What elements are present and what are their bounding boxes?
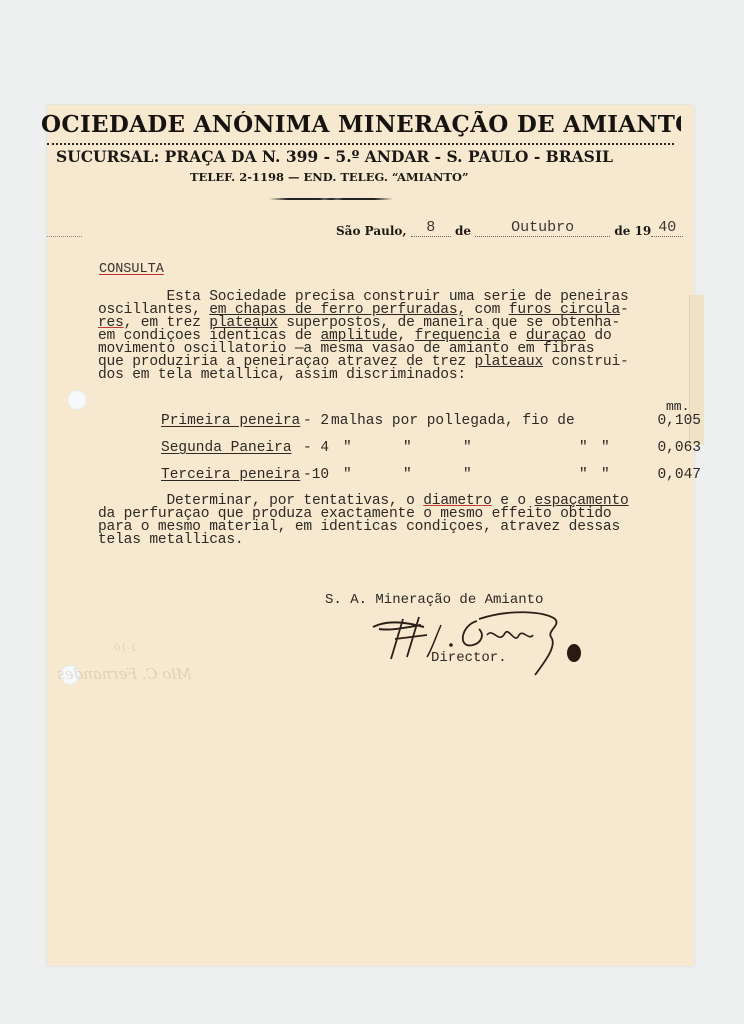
sieve-row: Terceira peneira -10 " " " " " 0,047: [161, 467, 701, 494]
bleed-through-handwriting: 1-10 Mlo C. Fernandes: [57, 665, 192, 683]
letterhead-telephone: TELEF. 2-1198 — END. TELEG. “AMIANTO”: [190, 170, 469, 184]
ditto-mark: ": [579, 440, 588, 456]
sieve-row: Segunda Paneira - 4 " " " " " 0,063: [161, 440, 701, 467]
ditto-mark: ": [343, 467, 352, 483]
date-month: Outubro: [475, 219, 610, 237]
ditto-mark: ": [463, 467, 472, 483]
heading-consulta: CONSULTA: [99, 262, 164, 277]
reference-dotted-line: [47, 236, 82, 237]
sieve-count: -10: [303, 467, 329, 483]
ditto-mark: ": [403, 440, 412, 456]
de-label: de: [455, 224, 471, 238]
sieve-row: Primeira peneira - 2 malhas por pollegad…: [161, 413, 701, 440]
handwritten-signature: [369, 605, 589, 680]
sieve-list: Primeira peneira - 2 malhas por pollegad…: [161, 413, 701, 494]
sieve-value: 0,063: [657, 440, 701, 456]
sieve-count: - 4: [303, 440, 329, 456]
ditto-mark: ": [601, 440, 610, 456]
sieve-value: 0,047: [657, 467, 701, 483]
dateline: São Paulo, 8 de Outubro de 1940: [336, 223, 683, 241]
ditto-mark: ": [463, 440, 472, 456]
unit-label: mm.: [666, 399, 689, 414]
ditto-mark: ": [579, 467, 588, 483]
letterhead-ornament-rule: [269, 198, 393, 200]
sieve-name: Terceira peneira: [161, 467, 300, 483]
date-year: 40: [651, 219, 683, 237]
sieve-name: Segunda Paneira: [161, 440, 292, 456]
year-prefix: de 19: [614, 224, 651, 238]
city-label: São Paulo,: [336, 224, 407, 238]
letterhead-company: OCIEDADE ANÓNIMA MINERAÇÃO DE AMIANTO: [41, 111, 681, 138]
text-line: telas metallicas.: [98, 534, 718, 547]
text-line: dos em tela metallica, assim discriminad…: [98, 369, 708, 382]
signature-title: Director.: [431, 650, 507, 666]
letterhead-branch-address: SUCURSAL: PRAÇA DA N. 399 - 5.º ANDAR - …: [56, 147, 613, 166]
letter-paper: OCIEDADE ANÓNIMA MINERAÇÃO DE AMIANTO SU…: [47, 105, 694, 966]
paragraph-determine: Determinar, por tentativas, o diametro e…: [98, 495, 718, 547]
paragraph-request: Esta Sociedade precisa construir uma ser…: [98, 291, 708, 382]
ditto-mark: ": [343, 440, 352, 456]
punch-hole-top: [67, 390, 87, 410]
ditto-mark: ": [403, 467, 412, 483]
sieve-description: malhas por pollegada, fio de: [331, 413, 575, 429]
date-day: 8: [411, 219, 451, 237]
sieve-count: - 2: [303, 413, 329, 429]
sieve-value: 0,105: [657, 413, 701, 429]
sieve-name: Primeira peneira: [161, 413, 300, 429]
letterhead-dotted-rule: [47, 143, 674, 145]
ditto-mark: ": [601, 467, 610, 483]
